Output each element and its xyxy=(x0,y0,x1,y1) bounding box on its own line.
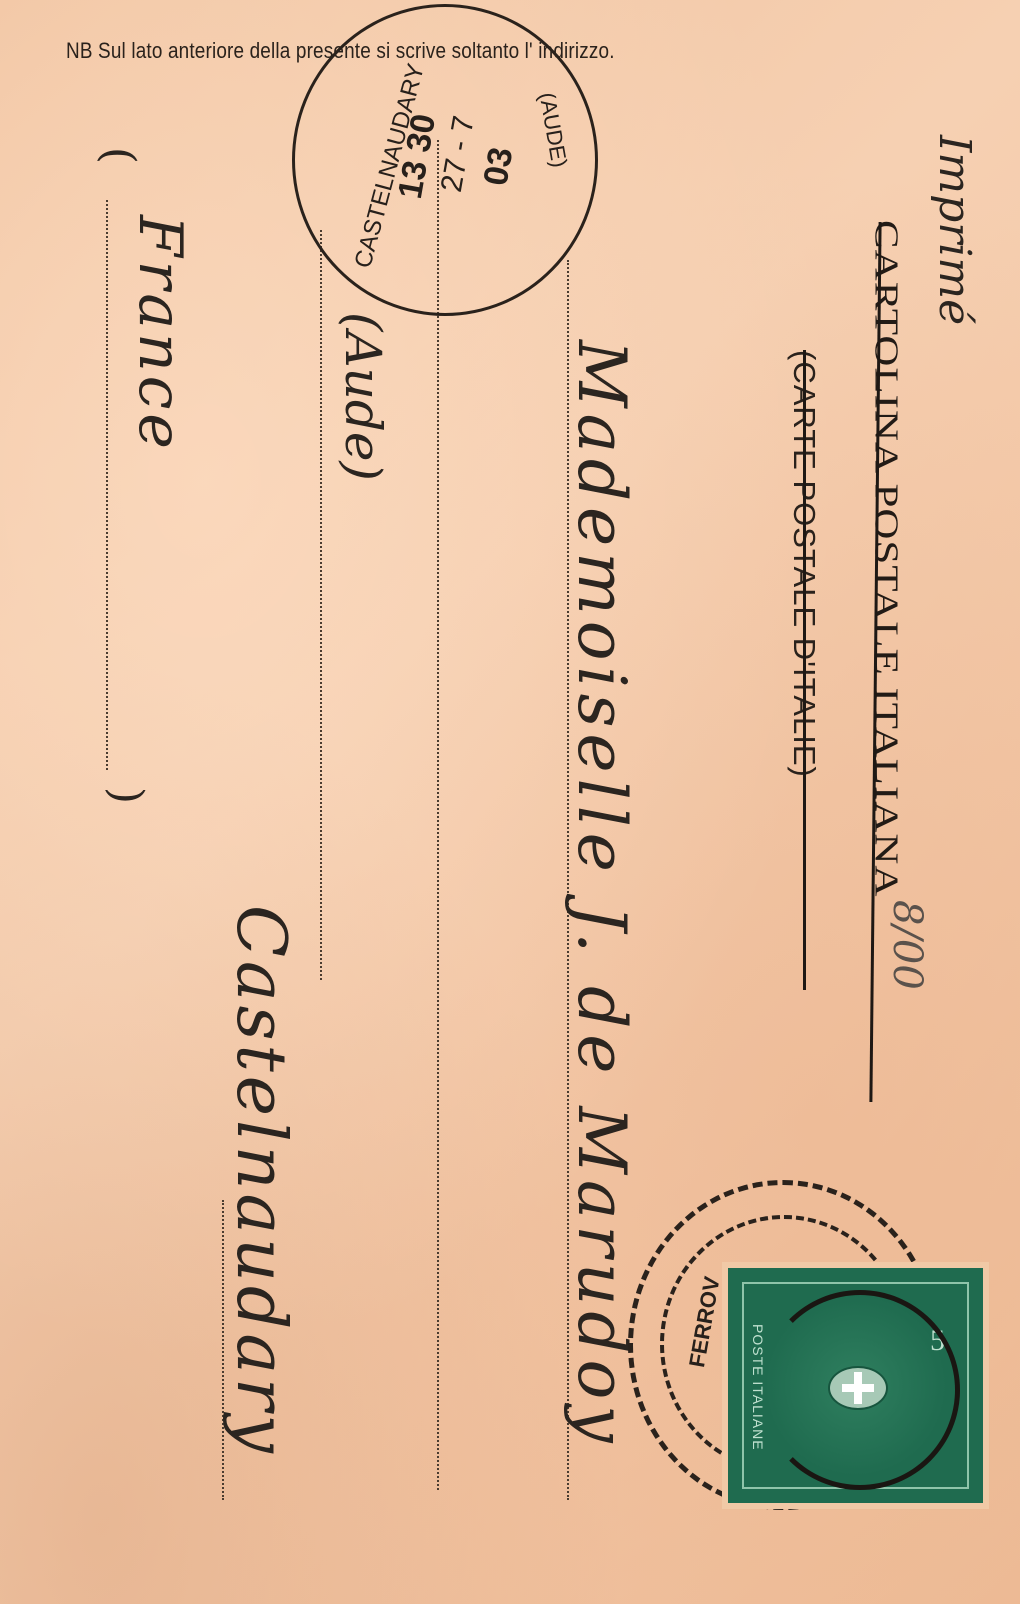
handwritten-price: 8/00 xyxy=(884,900,930,990)
arrival-postmark: 13 30 27 - 7 03 CASTELNAUDARY (AUDE) xyxy=(292,4,598,316)
postcard: NB Sul lato anteriore della presente si … xyxy=(0,0,1020,1604)
address-line-4 xyxy=(106,200,108,770)
country-open-paren: ( xyxy=(93,147,144,164)
recipient-department: (Aude) xyxy=(334,312,392,481)
subtitle-strikethrough-line xyxy=(803,350,806,990)
recipient-city: Castelnaudary xyxy=(221,905,300,1457)
departure-postmark-text: FERROV xyxy=(684,1275,726,1370)
recipient-country: France xyxy=(125,215,195,453)
country-close-paren: ) xyxy=(101,787,152,804)
address-line-3 xyxy=(320,230,322,980)
postmark-department: (AUDE) xyxy=(534,90,573,169)
postmark-year: 03 xyxy=(476,144,521,188)
stamp-cancellation-ring xyxy=(760,1290,960,1490)
recipient-name: Mademoiselle J. de Marudoy xyxy=(563,340,640,1449)
handwritten-imprime: Imprimé xyxy=(929,135,980,325)
address-line-2 xyxy=(437,140,439,1490)
